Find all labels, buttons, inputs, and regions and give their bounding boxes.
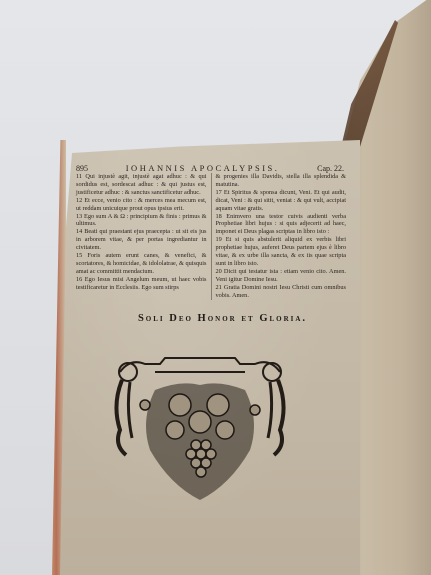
verse: 14 Beati qui praestant ejus praecepta : …	[76, 228, 207, 252]
woodcut-fruit-garland-icon	[100, 350, 300, 520]
running-title: IOHANNIS APOCALYPSIS.	[126, 163, 280, 173]
verse: 16 Ego Iesus misi Angelum meum, ut haec …	[76, 276, 207, 292]
right-column: & progenies illa Davidis, stella illa sp…	[216, 173, 347, 300]
running-head: 895 IOHANNIS APOCALYPSIS. Cap. 22.	[76, 163, 344, 173]
book-photo: 895 IOHANNIS APOCALYPSIS. Cap. 22. 11 Qu…	[0, 0, 431, 575]
text-columns: 11 Qui injustè agit, injustè agat adhuc …	[76, 173, 346, 300]
verse: 17 Et Spiritus & sponsa dicunt, Veni. Et…	[216, 189, 347, 213]
closing-line: Soli Deo Honor et Gloria.	[0, 313, 431, 324]
left-column: 11 Qui injustè agit, injustè agat adhuc …	[76, 173, 207, 300]
column-divider	[211, 173, 212, 300]
verse: 15 Foris autem erunt canes, & venefici, …	[76, 252, 207, 276]
page-number: 895	[76, 164, 88, 173]
verse: & progenies illa Davidis, stella illa sp…	[216, 173, 347, 189]
verse: 13 Ego sum A & Ω : principium & finis : …	[76, 213, 207, 229]
verse: 19 Et si quis abstulerit aliquid ex verb…	[216, 236, 347, 268]
verse: 11 Qui injustè agit, injustè agat adhuc …	[76, 173, 207, 197]
chapter-label: Cap. 22.	[317, 164, 344, 173]
verse: 21 Gratia Domini nostri Iesu Christi cum…	[216, 284, 347, 300]
verse: 12 Et ecce, venio cito : & merces mea me…	[76, 197, 207, 213]
verse: 18 Enimvero una testor cuivis audienti v…	[216, 213, 347, 237]
verse: 20 Dicit qui testatur ista : etiam venio…	[216, 268, 347, 284]
